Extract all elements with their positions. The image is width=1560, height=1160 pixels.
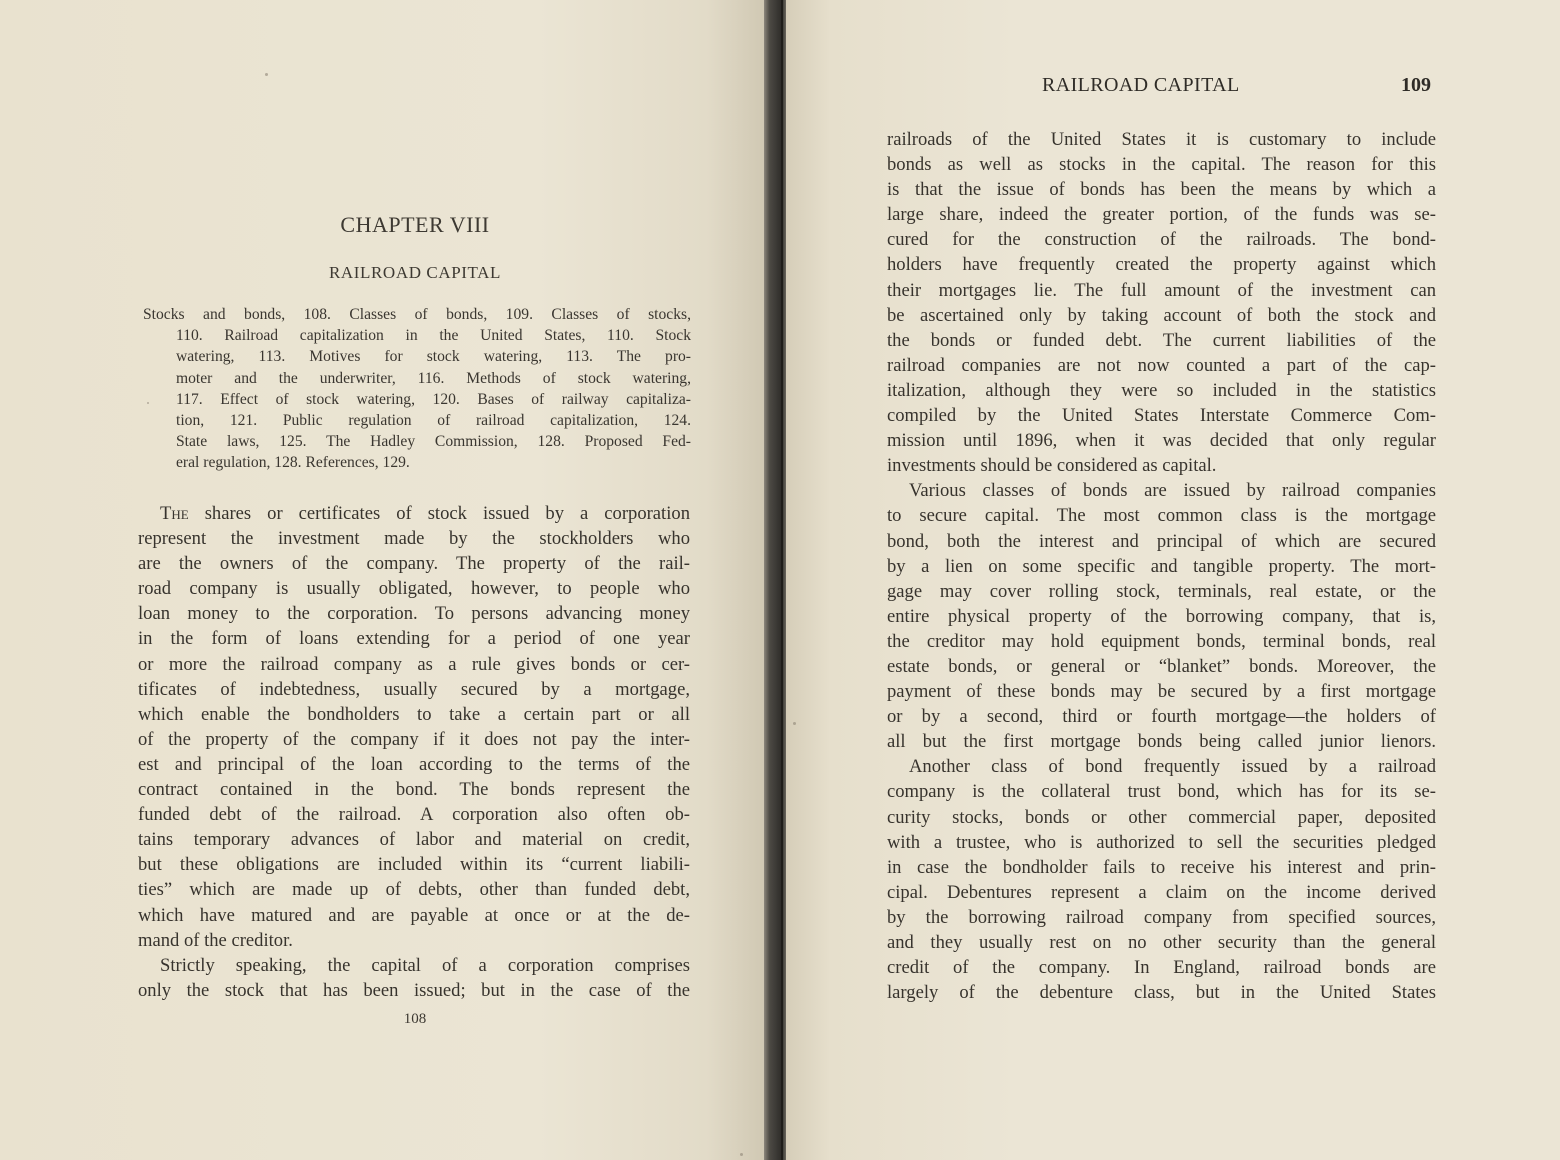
synopsis-line: 117. Effect of stock watering, 120. Base… — [143, 389, 691, 410]
page-number-left: 108 — [140, 1011, 690, 1028]
gutter-fold-line — [781, 0, 783, 1160]
body-line: italization, although they were so inclu… — [887, 378, 1436, 403]
paper-speck — [793, 722, 796, 725]
body-line: funded debt of the railroad. A corporati… — [138, 802, 690, 827]
body-line: railroad companies are not now counted a… — [887, 353, 1436, 378]
body-line: only the stock that has been issued; but… — [138, 978, 690, 1003]
body-line-first: The shares or certificates of stock issu… — [138, 501, 690, 526]
body-line: or more the railroad company as a rule g… — [138, 652, 690, 677]
body-line: which enable the bondholders to take a c… — [138, 702, 690, 727]
running-head: RAILROAD CAPITAL — [1042, 74, 1240, 97]
body-line: mand of the creditor. — [138, 928, 690, 953]
body-line: be ascertained only by taking account of… — [887, 303, 1436, 328]
body-line: ties” which are made up of debts, other … — [138, 877, 690, 902]
body-line: curity stocks, bonds or other commercial… — [887, 805, 1436, 830]
body-line: in case the bondholder fails to receive … — [887, 855, 1436, 880]
first-line-text: shares or certificates of stock issued b… — [189, 503, 690, 524]
synopsis-line: moter and the underwriter, 116. Methods … — [143, 368, 691, 389]
synopsis-line: watering, 113. Motives for stock waterin… — [143, 346, 691, 367]
body-line: and they usually rest on no other securi… — [887, 930, 1436, 955]
book-spread: CHAPTER VIII RAILROAD CAPITAL Stocks and… — [0, 0, 1560, 1160]
paper-speck — [147, 402, 149, 404]
body-line: or by a second, third or fourth mortgage… — [887, 704, 1436, 729]
body-line: investments should be considered as capi… — [887, 453, 1436, 478]
body-line: which have matured and are payable at on… — [138, 903, 690, 928]
right-page-body: railroads of the United States it is cus… — [887, 127, 1436, 1005]
body-line: bonds as well as stocks in the capital. … — [887, 152, 1436, 177]
chapter-number: CHAPTER VIII — [140, 212, 690, 238]
left-page-body: The shares or certificates of stock issu… — [138, 501, 690, 1003]
body-line: largely of the debenture class, but in t… — [887, 980, 1436, 1005]
body-line: the bonds or funded debt. The current li… — [887, 328, 1436, 353]
synopsis-line: tion, 121. Public regulation of railroad… — [143, 410, 691, 431]
body-line: to secure capital. The most common class… — [887, 503, 1436, 528]
body-line: estate bonds, or general or “blanket” bo… — [887, 654, 1436, 679]
synopsis-line: State laws, 125. The Hadley Commission, … — [143, 431, 691, 452]
body-line: Strictly speaking, the capital of a corp… — [138, 953, 690, 978]
body-line: is that the issue of bonds has been the … — [887, 177, 1436, 202]
body-line: contract contained in the bond. The bond… — [138, 777, 690, 802]
body-line: Another class of bond frequently issued … — [887, 754, 1436, 779]
page-number-right: 109 — [1401, 74, 1431, 97]
body-line: tains temporary advances of labor and ma… — [138, 827, 690, 852]
body-line: their mortgages lie. The full amount of … — [887, 278, 1436, 303]
body-line: holders have frequently created the prop… — [887, 252, 1436, 277]
body-line: but these obligations are included withi… — [138, 852, 690, 877]
body-line: in the form of loans extending for a per… — [138, 626, 690, 651]
body-line: are the owners of the company. The prope… — [138, 551, 690, 576]
body-line: cipal. Debentures represent a claim on t… — [887, 880, 1436, 905]
body-line: company is the collateral trust bond, wh… — [887, 779, 1436, 804]
paper-speck — [265, 73, 268, 76]
body-line: loan money to the corporation. To person… — [138, 601, 690, 626]
synopsis-line: Stocks and bonds, 108. Classes of bonds,… — [143, 304, 691, 325]
chapter-synopsis: Stocks and bonds, 108. Classes of bonds,… — [143, 304, 691, 474]
body-line: large share, indeed the greater portion,… — [887, 202, 1436, 227]
body-line: of the property of the company if it doe… — [138, 727, 690, 752]
body-line: mission until 1896, when it was decided … — [887, 428, 1436, 453]
drop-word: The — [160, 503, 189, 524]
body-line: the creditor may hold equipment bonds, t… — [887, 629, 1436, 654]
body-line: road company is usually obligated, howev… — [138, 576, 690, 601]
synopsis-line: eral regulation, 128. References, 129. — [143, 452, 691, 473]
body-line: cured for the construction of the railro… — [887, 227, 1436, 252]
body-line: by a lien on some specific and tangible … — [887, 554, 1436, 579]
body-line: with a trustee, who is authorized to sel… — [887, 830, 1436, 855]
body-line: Various classes of bonds are issued by r… — [887, 478, 1436, 503]
body-line: gage may cover rolling stock, terminals,… — [887, 579, 1436, 604]
chapter-title: RAILROAD CAPITAL — [140, 263, 690, 283]
body-line: all but the first mortgage bonds being c… — [887, 729, 1436, 754]
body-line: entire physical property of the borrowin… — [887, 604, 1436, 629]
body-line: compiled by the United States Interstate… — [887, 403, 1436, 428]
body-line: tificates of indebtedness, usually secur… — [138, 677, 690, 702]
body-line: bond, both the interest and principal of… — [887, 529, 1436, 554]
synopsis-line: 110. Railroad capitalization in the Unit… — [143, 325, 691, 346]
body-line: by the borrowing railroad company from s… — [887, 905, 1436, 930]
body-line: railroads of the United States it is cus… — [887, 127, 1436, 152]
paper-speck — [740, 1153, 743, 1156]
body-line: est and principal of the loan according … — [138, 752, 690, 777]
body-line: represent the investment made by the sto… — [138, 526, 690, 551]
body-line: credit of the company. In England, railr… — [887, 955, 1436, 980]
body-line: payment of these bonds may be secured by… — [887, 679, 1436, 704]
